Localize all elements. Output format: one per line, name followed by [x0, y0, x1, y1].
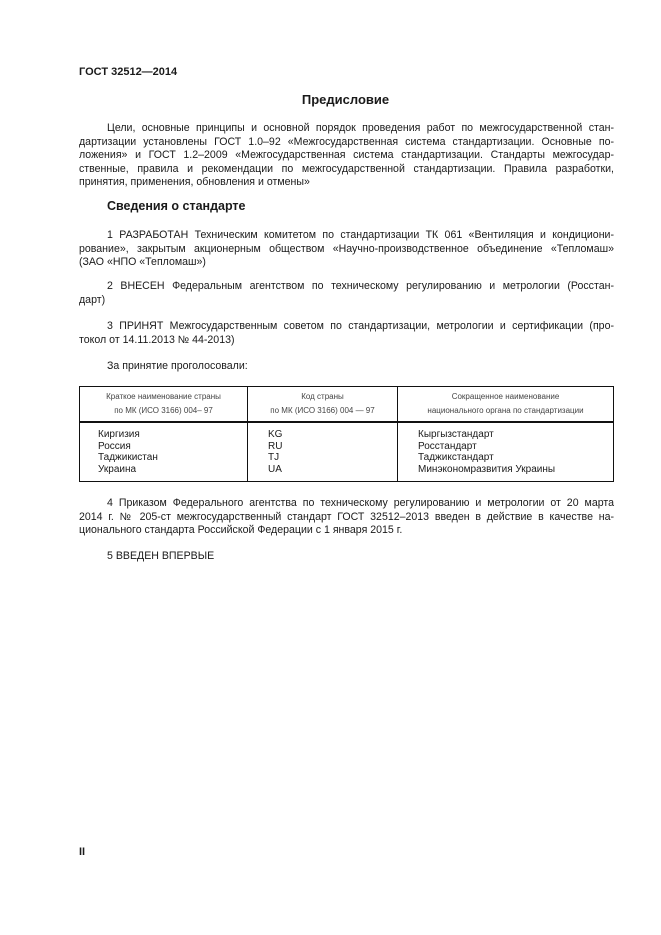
cell-codes: KG RU TJ UA — [248, 422, 398, 482]
table-row: Киргизия Россия Таджикистан Украина KG R… — [80, 422, 614, 482]
header-code: Код страны по МК (ИСО 3166) 004 — 97 — [248, 387, 398, 423]
voting-table: Краткое наименование страны по МК (ИСО 3… — [79, 386, 614, 482]
cell-bodies: Кыргызстандарт Росстандарт Таджикстандар… — [398, 422, 614, 482]
preface-title: Предисловие — [0, 92, 661, 107]
preface-paragraph: Цели, основные принципы и основной поряд… — [79, 122, 614, 190]
cell-countries: Киргизия Россия Таджикистан Украина — [80, 422, 248, 482]
document-code: ГОСТ 32512—2014 — [79, 66, 177, 78]
header-body: Сокращенное наименование национального о… — [398, 387, 614, 423]
voted-label: За принятие проголосовали: — [79, 360, 614, 374]
item-developed: 1 РАЗРАБОТАН Техническим комитетом по ст… — [79, 229, 614, 270]
item-enacted: 4 Приказом Федерального агентства по тех… — [79, 497, 614, 538]
page-number: II — [79, 846, 85, 858]
section-title: Сведения о стандарте — [107, 199, 246, 213]
item-introduced-by: 2 ВНЕСЕН Федеральным агентством по техни… — [79, 280, 614, 307]
item-first-introduced: 5 ВВЕДЕН ВПЕРВЫЕ — [79, 550, 614, 564]
header-country: Краткое наименование страны по МК (ИСО 3… — [80, 387, 248, 423]
table-header-row: Краткое наименование страны по МК (ИСО 3… — [80, 387, 614, 423]
item-adopted: 3 ПРИНЯТ Межгосударственным советом по с… — [79, 320, 614, 347]
